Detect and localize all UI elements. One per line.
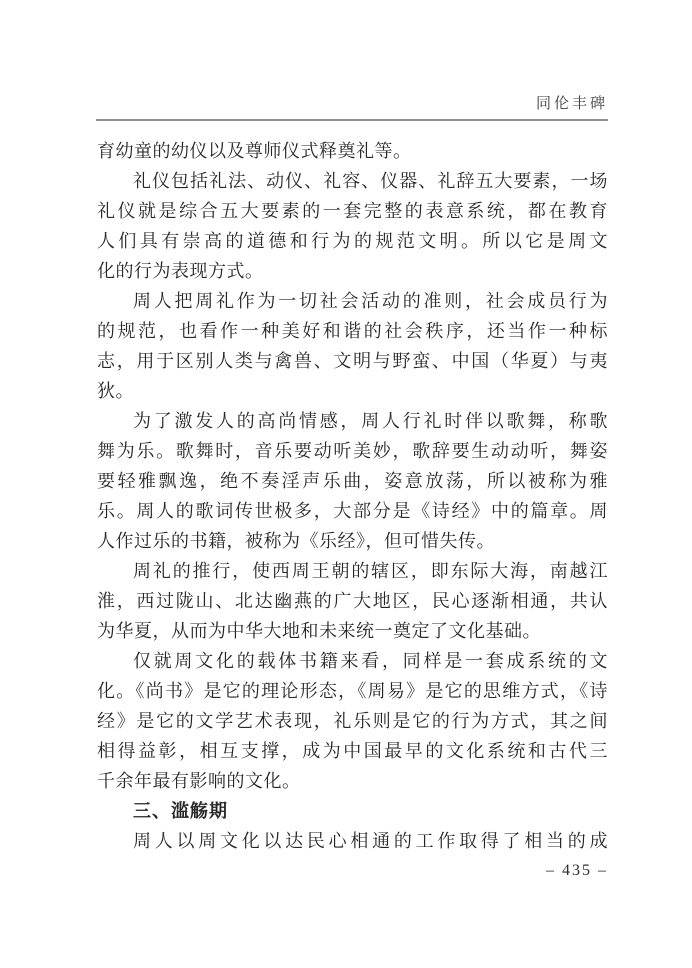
body-text: 育幼童的幼仪以及尊师仪式释奠礼等。 礼仪包括礼法、动仪、礼容、仪器、礼辞五大要素… (97, 136, 608, 856)
body-line: 礼仪包括礼法、动仪、礼容、仪器、礼辞五大要素，一场 (97, 166, 608, 196)
body-line: 志，用于区别人类与禽兽、文明与野蛮、中国（华夏）与夷 (97, 346, 608, 376)
body-line: 周礼的推行，使西周王朝的辖区，即东际大海，南越江 (97, 556, 608, 586)
book-page: 同伦丰碑 育幼童的幼仪以及尊师仪式释奠礼等。 礼仪包括礼法、动仪、礼容、仪器、礼… (0, 0, 692, 968)
body-line: 淮，西过陇山、北达幽燕的广大地区，民心逐渐相通，共认 (97, 586, 608, 616)
body-line: 礼仪就是综合五大要素的一套完整的表意系统，都在教育 (97, 196, 608, 226)
body-line: 乐。周人的歌词传世极多，大部分是《诗经》中的篇章。周 (97, 496, 608, 526)
body-line: 周人把周礼作为一切社会活动的准则，社会成员行为 (97, 286, 608, 316)
body-line: 经》是它的文学艺术表现，礼乐则是它的行为方式，其之间 (97, 706, 608, 736)
running-header-title: 同伦丰碑 (96, 92, 608, 113)
body-line: 舞为乐。歌舞时，音乐要动听美妙，歌辞要生动动听，舞姿 (97, 436, 608, 466)
body-line: 要轻雅飘逸，绝不奏淫声乐曲，姿意放荡，所以被称为雅 (97, 466, 608, 496)
body-line: 仅就周文化的载体书籍来看，同样是一套成系统的文 (97, 646, 608, 676)
body-line: 化的行为表现方式。 (97, 256, 608, 286)
body-line: 狄。 (97, 376, 608, 406)
header-rule (96, 119, 608, 121)
body-line: 为华夏，从而为中华大地和未来统一奠定了文化基础。 (97, 616, 608, 646)
body-line: 千余年最有影响的文化。 (97, 766, 608, 796)
body-line: 人们具有崇高的道德和行为的规范文明。所以它是周文 (97, 226, 608, 256)
body-line: 人作过乐的书籍，被称为《乐经》，但可惜失传。 (97, 526, 608, 556)
body-line: 周人以周文化以达民心相通的工作取得了相当的成 (97, 826, 608, 856)
section-heading: 三、滥觞期 (97, 796, 608, 826)
body-line: 育幼童的幼仪以及尊师仪式释奠礼等。 (97, 136, 608, 166)
page-number: – 435 – (96, 862, 608, 880)
body-line: 相得益彰，相互支撑，成为中国最早的文化系统和古代三 (97, 736, 608, 766)
body-line: 为了激发人的高尚情感，周人行礼时伴以歌舞，称歌 (97, 406, 608, 436)
body-line: 化。《尚书》是它的理论形态，《周易》是它的思维方式，《诗 (97, 676, 608, 706)
body-line: 的规范，也看作一种美好和谐的社会秩序，还当作一种标 (97, 316, 608, 346)
